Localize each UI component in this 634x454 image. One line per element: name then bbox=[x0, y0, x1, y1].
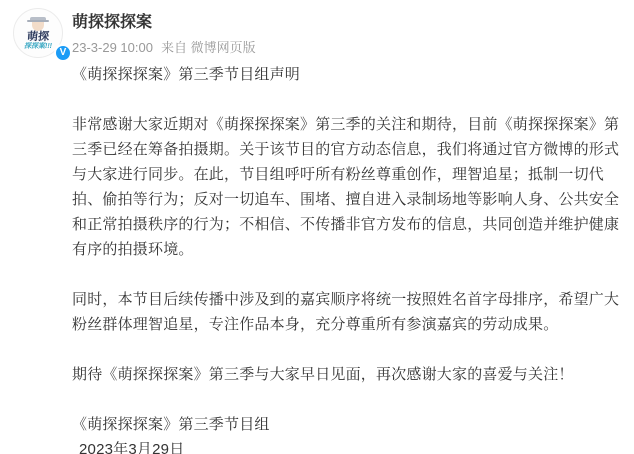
detective-face-icon bbox=[32, 22, 44, 31]
post-source-link[interactable]: 微博网页版 bbox=[191, 40, 256, 55]
text-line: 有序的拍摄环境。 bbox=[72, 237, 624, 262]
post-content: 《萌探探探案》第三季节目组声明 非常感谢大家近期对《萌探探探案》第三季的关注和期… bbox=[72, 62, 624, 454]
text-line: 非常感谢大家近期对《萌探探探案》第三季的关注和期待，目前《萌探探探案》第 bbox=[72, 112, 624, 137]
statement-paragraph-1: 非常感谢大家近期对《萌探探探案》第三季的关注和期待，目前《萌探探探案》第 三季已… bbox=[72, 112, 624, 262]
avatar-logo-text-top: 萌探 bbox=[27, 32, 50, 43]
text-line: 拍、偷拍等行为；反对一切追车、围堵、擅自进入录制场地等影响人身、公共安全 bbox=[72, 187, 624, 212]
statement-date: 2023年3月29日 bbox=[72, 437, 624, 454]
text-line: 三季已经在筹备拍摄期。关于该节目的官方动态信息，我们将通过官方微博的形式 bbox=[72, 137, 624, 162]
text-line: 和正常拍摄秩序的行为；不相信、不传播非官方发布的信息，共同创造并维护健康 bbox=[72, 212, 624, 237]
statement-title: 《萌探探探案》第三季节目组声明 bbox=[72, 62, 624, 87]
text-line: 粉丝群体理智追星，专注作品本身，充分尊重所有参演嘉宾的劳动成果。 bbox=[72, 312, 624, 337]
statement-paragraph-2: 同时，本节目后续传播中涉及到的嘉宾顺序将统一按照姓名首字母排序，希望广大 粉丝群… bbox=[72, 287, 624, 337]
post-timestamp[interactable]: 23-3-29 10:00 bbox=[72, 40, 153, 55]
text-line: 同时，本节目后续传播中涉及到的嘉宾顺序将统一按照姓名首字母排序，希望广大 bbox=[72, 287, 624, 312]
author-name[interactable]: 萌探探探案 bbox=[72, 13, 152, 33]
source-prefix: 来自 bbox=[161, 40, 187, 55]
verified-badge-icon[interactable]: V bbox=[54, 44, 72, 62]
text-line: 期待《萌探探探案》第三季与大家早日见面，再次感谢大家的喜爱与关注！ bbox=[72, 362, 624, 387]
statement-signature: 《萌探探探案》第三季节目组 bbox=[72, 412, 624, 437]
weibo-post: 萌探 探探案!!! V 萌探探探案 23-3-29 10:00来自 微博网页版 … bbox=[0, 0, 634, 454]
text-line: 与大家进行同步。在此，节目组呼吁所有粉丝尊重创作，理智追星；抵制一切代 bbox=[72, 162, 624, 187]
post-meta: 23-3-29 10:00来自 微博网页版 bbox=[72, 40, 256, 56]
statement-paragraph-3: 期待《萌探探探案》第三季与大家早日见面，再次感谢大家的喜爱与关注！ bbox=[72, 362, 624, 387]
avatar-logo-text-bottom: 探探案!!! bbox=[24, 43, 52, 51]
statement-signature-block: 《萌探探探案》第三季节目组 2023年3月29日 bbox=[72, 412, 624, 454]
detective-hat-icon bbox=[30, 17, 46, 22]
